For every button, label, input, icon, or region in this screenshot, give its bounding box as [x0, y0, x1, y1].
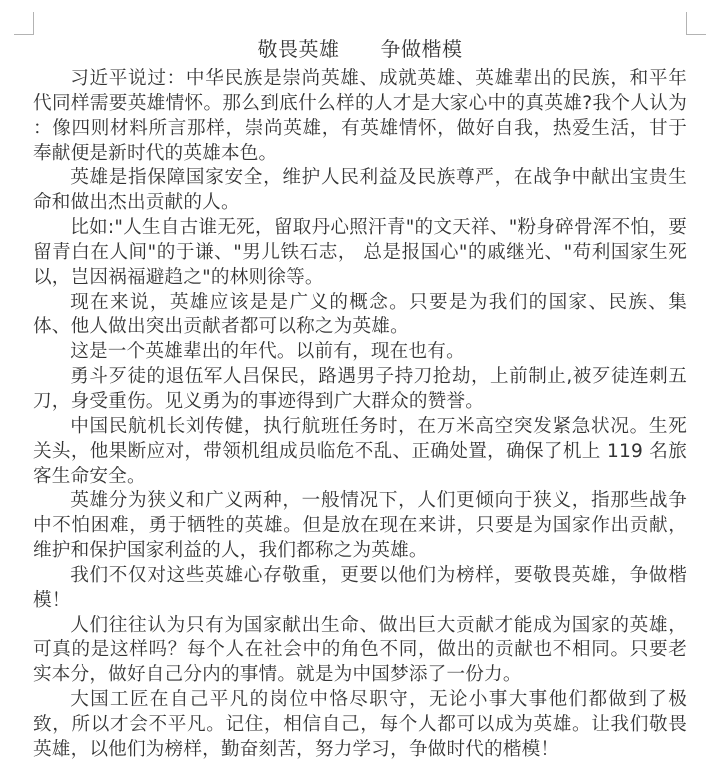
paragraph-hero-definition: 英雄是指保障国家安全，维护人民利益及民族尊严，在战争中献出宝贵生命和做出杰出贡献…: [33, 166, 687, 216]
paragraph-liu-chuanjian: 中国民航机长刘传健，执行航班任务时，在万米高空突发紧急状况。生死关头，他果断应对…: [33, 415, 687, 490]
page-margin-mark-top-right: [686, 12, 706, 35]
paragraph-broad-concept: 现在来说，英雄应该是是广义的概念。只要是为我们的国家、民族、集体、他人做出突出贡…: [33, 291, 687, 341]
page-margin-mark-top-left: [14, 12, 34, 35]
paragraph-conclusion: 大国工匠在自己平凡的岗位中恪尽职守，无论小事大事他们都做到了极致，所以才会不平凡…: [33, 688, 687, 763]
paragraph-era-of-heroes: 这是一个英雄辈出的年代。以前有，现在也有。: [33, 340, 687, 365]
paragraph-lv-baomin: 勇斗歹徒的退伍军人吕保民，路遇男子持刀抢劫，上前制止,被歹徒连刺五刀，身受重伤。…: [33, 365, 687, 415]
paragraph-everyone-contributes: 人们往往认为只有为国家献出生命、做出巨大贡献才能成为国家的英雄，可真的是这样吗？…: [33, 614, 687, 689]
paragraph-historical-examples: 比如:"人生自古谁无死，留取丹心照汗青"的文天祥、"粉身碎骨浑不怕，要留青白在人…: [33, 216, 687, 291]
paragraph-respect-heroes: 我们不仅对这些英雄心存敬重，更要以他们为榜样，要敬畏英雄，争做楷模！: [33, 564, 687, 614]
document-body: 敬畏英雄 争做楷模 习近平说过：中华民族是崇尚英雄、成就英雄、英雄辈出的民族，和…: [33, 36, 687, 763]
document-title: 敬畏英雄 争做楷模: [33, 36, 687, 62]
paragraph-intro: 习近平说过：中华民族是崇尚英雄、成就英雄、英雄辈出的民族，和平年代同样需要英雄情…: [33, 67, 687, 166]
paragraph-narrow-and-broad: 英雄分为狭义和广义两种，一般情况下，人们更倾向于狭义，指那些战争中不怕困难，勇于…: [33, 489, 687, 564]
